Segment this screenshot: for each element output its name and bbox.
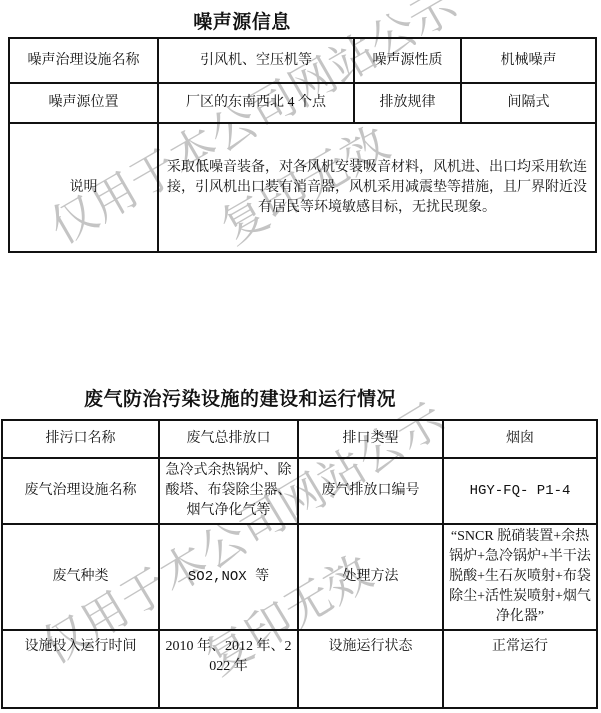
gas-outlet-number-value: HGY-FQ- P1-4 <box>443 458 597 524</box>
emission-pattern-value: 间隔式 <box>461 83 596 123</box>
noise-facility-name-value: 引风机、空压机等 <box>158 38 354 83</box>
noise-facility-name-label: 噪声治理设施名称 <box>9 38 158 83</box>
table-row: 设施投入运行时间 2010 年、2012 年、2022 年 设施运行状态 正常运… <box>2 630 597 708</box>
table-row: 排污口名称 废气总排放口 排口类型 烟囱 <box>2 420 597 458</box>
noise-note-text: 采取低噪音装备，对各风机安装吸音材料，风机进、出口均采用软连接，引风机出口装有消… <box>158 123 596 252</box>
table-row: 噪声源位置 厂区的东南西北 4 个点 排放规律 间隔式 <box>9 83 596 123</box>
facility-start-time-value: 2010 年、2012 年、2022 年 <box>159 630 298 708</box>
noise-source-location-value: 厂区的东南西北 4 个点 <box>158 83 354 123</box>
gas-facility-name-label: 废气治理设施名称 <box>2 458 159 524</box>
treatment-method-label: 处理方法 <box>298 524 443 630</box>
noise-source-nature-value: 机械噪声 <box>461 38 596 83</box>
gas-type-value: SO2,NOX 等 <box>159 524 298 630</box>
noise-source-location-label: 噪声源位置 <box>9 83 158 123</box>
gas-facility-name-value: 急冷式余热锅炉、除酸塔、布袋除尘器、烟气净化气等 <box>159 458 298 524</box>
table-row: 说明 采取低噪音装备，对各风机安装吸音材料，风机进、出口均采用软连接，引风机出口… <box>9 123 596 252</box>
document-page: 仅用于本公司网站公示 复印无效 仅用于本公司网站公示 复印无效 噪声源信息 噪声… <box>0 0 601 713</box>
facility-status-label: 设施运行状态 <box>298 630 443 708</box>
gas-table-title: 废气防治污染设施的建设和运行情况 <box>0 384 480 411</box>
table-row: 废气治理设施名称 急冷式余热锅炉、除酸塔、布袋除尘器、烟气净化气等 废气排放口编… <box>2 458 597 524</box>
gas-main-outlet-header: 废气总排放口 <box>159 420 298 458</box>
noise-info-table: 噪声治理设施名称 引风机、空压机等 噪声源性质 机械噪声 噪声源位置 厂区的东南… <box>8 37 597 253</box>
treatment-method-value: “SNCR 脱硝装置+余热锅炉+急冷锅炉+半干法脱酸+生石灰喷射+布袋除尘+活性… <box>443 524 597 630</box>
noise-table-title: 噪声源信息 <box>0 7 484 34</box>
outlet-name-header: 排污口名称 <box>2 420 159 458</box>
outlet-type-header: 排口类型 <box>298 420 443 458</box>
gas-facility-table: 排污口名称 废气总排放口 排口类型 烟囱 废气治理设施名称 急冷式余热锅炉、除酸… <box>1 419 598 709</box>
emission-pattern-label: 排放规律 <box>354 83 461 123</box>
noise-note-label: 说明 <box>9 123 158 252</box>
gas-type-label: 废气种类 <box>2 524 159 630</box>
table-row: 噪声治理设施名称 引风机、空压机等 噪声源性质 机械噪声 <box>9 38 596 83</box>
noise-source-nature-label: 噪声源性质 <box>354 38 461 83</box>
gas-outlet-number-label: 废气排放口编号 <box>298 458 443 524</box>
chimney-header: 烟囱 <box>443 420 597 458</box>
facility-start-time-label: 设施投入运行时间 <box>2 630 159 708</box>
facility-status-value: 正常运行 <box>443 630 597 708</box>
table-row: 废气种类 SO2,NOX 等 处理方法 “SNCR 脱硝装置+余热锅炉+急冷锅炉… <box>2 524 597 630</box>
